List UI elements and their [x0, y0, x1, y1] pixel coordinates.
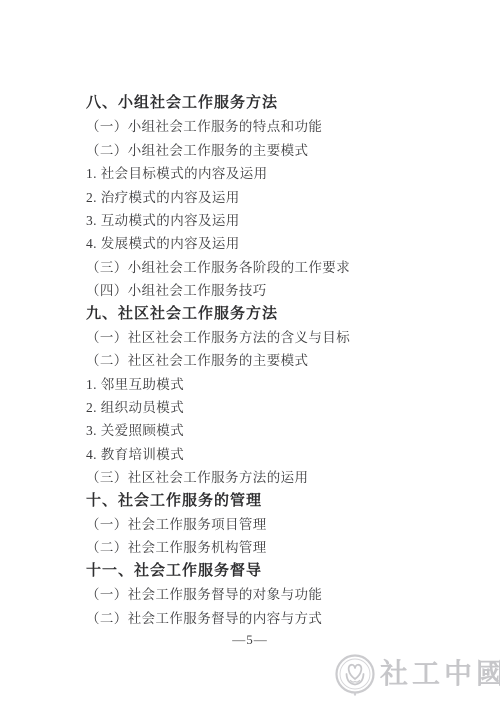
outline-item: （二）社会工作服务机构管理: [86, 536, 466, 559]
outline-item: （一）社会工作服务项目管理: [86, 513, 466, 536]
outline-item: 2. 组织动员模式: [86, 396, 466, 419]
outline-item: 1. 社会目标模式的内容及运用: [86, 162, 466, 185]
outline-item: （三）小组社会工作服务各阶段的工作要求: [86, 256, 466, 279]
outline-item: 1. 邻里互助模式: [86, 373, 466, 396]
outline-item: （二）小组社会工作服务的主要模式: [86, 139, 466, 162]
outline-item: （四）小组社会工作服务技巧: [86, 279, 466, 302]
section-heading: 十、社会工作服务的管理: [86, 490, 466, 513]
outline-item: 3. 互动模式的内容及运用: [86, 209, 466, 232]
outline-item: （一）小组社会工作服务的特点和功能: [86, 115, 466, 138]
outline-item: （一）社区社会工作服务方法的含义与目标: [86, 326, 466, 349]
outline-content: 八、小组社会工作服务方法 （一）小组社会工作服务的特点和功能 （二）小组社会工作…: [86, 92, 466, 630]
section-heading: 十一、社会工作服务督导: [86, 560, 466, 583]
section-heading: 九、社区社会工作服务方法: [86, 303, 466, 326]
outline-item: （二）社区社会工作服务的主要模式: [86, 349, 466, 372]
outline-item: （一）社会工作服务督导的对象与功能: [86, 583, 466, 606]
outline-item: 4. 发展模式的内容及运用: [86, 232, 466, 255]
watermark-text: 社工中國: [380, 650, 500, 700]
document-page: 八、小组社会工作服务方法 （一）小组社会工作服务的特点和功能 （二）小组社会工作…: [0, 0, 500, 707]
outline-item: （二）社会工作服务督导的内容与方式: [86, 607, 466, 630]
outline-item: 2. 治疗模式的内容及运用: [86, 186, 466, 209]
watermark: 社工中國: [334, 650, 500, 700]
outline-item: 3. 关爱照顾模式: [86, 419, 466, 442]
section-heading: 八、小组社会工作服务方法: [86, 92, 466, 115]
outline-item: （三）社区社会工作服务方法的运用: [86, 466, 466, 489]
social-work-logo-icon: [334, 650, 376, 700]
outline-item: 4. 教育培训模式: [86, 443, 466, 466]
page-number: —5—: [0, 632, 500, 648]
